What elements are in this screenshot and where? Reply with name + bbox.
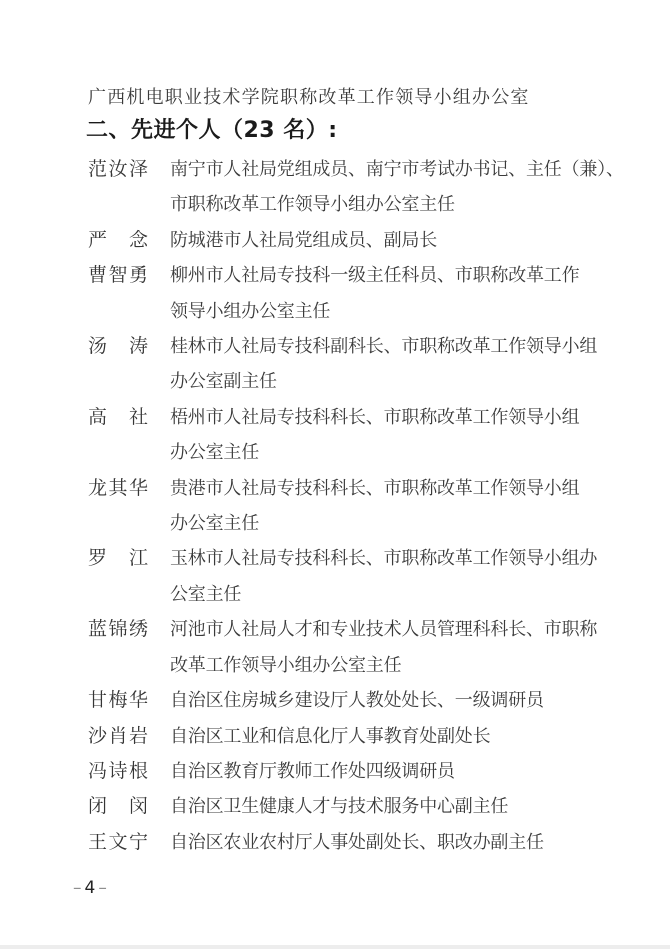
- person-name: 严 念: [88, 223, 170, 258]
- title-line: 南宁市人社局党组成员、南宁市考试办书记、主任（兼）、: [170, 152, 633, 187]
- list-item: 范汝泽 南宁市人社局党组成员、南宁市考试办书记、主任（兼）、 市职称改革工作领导…: [88, 152, 633, 223]
- person-title: 桂林市人社局专技科副科长、市职称改革工作领导小组 办公室副主任: [170, 329, 633, 400]
- list-item: 冯诗根 自治区教育厅教师工作处四级调研员: [88, 754, 633, 789]
- person-title: 柳州市人社局专技科一级主任科员、市职称改革工作 领导小组办公室主任: [170, 258, 633, 329]
- list-item: 曹智勇 柳州市人社局专技科一级主任科员、市职称改革工作 领导小组办公室主任: [88, 258, 633, 329]
- list-item: 罗 江 玉林市人社局专技科科长、市职称改革工作领导小组办 公室主任: [88, 541, 633, 612]
- person-name: 甘梅华: [88, 683, 170, 718]
- title-line: 市职称改革工作领导小组办公室主任: [170, 187, 633, 222]
- person-name: 王文宁: [88, 825, 170, 860]
- list-item: 严 念 防城港市人社局党组成员、副局长: [88, 223, 633, 258]
- person-title: 自治区工业和信息化厅人事教育处副处长: [170, 719, 633, 754]
- title-line: 领导小组办公室主任: [170, 294, 633, 329]
- person-title: 自治区卫生健康人才与技术服务中心副主任: [170, 789, 633, 824]
- person-title: 自治区住房城乡建设厅人教处处长、一级调研员: [170, 683, 633, 718]
- person-name: 冯诗根: [88, 754, 170, 789]
- title-line: 办公室副主任: [170, 364, 633, 399]
- list-item: 王文宁 自治区农业农村厅人事处副处长、职改办副主任: [88, 825, 633, 860]
- title-line: 自治区教育厅教师工作处四级调研员: [170, 754, 633, 789]
- title-line: 办公室主任: [170, 506, 633, 541]
- person-name: 龙其华: [88, 471, 170, 506]
- title-line: 自治区住房城乡建设厅人教处处长、一级调研员: [170, 683, 633, 718]
- person-name: 罗 江: [88, 541, 170, 576]
- list-item: 闭 闵 自治区卫生健康人才与技术服务中心副主任: [88, 789, 633, 824]
- institution-line: 广西机电职业技术学院职称改革工作领导小组办公室: [88, 83, 530, 109]
- person-name: 汤 涛: [88, 329, 170, 364]
- list-item: 甘梅华 自治区住房城乡建设厅人教处处长、一级调研员: [88, 683, 633, 718]
- person-name: 闭 闵: [88, 789, 170, 824]
- title-line: 柳州市人社局专技科一级主任科员、市职称改革工作: [170, 258, 633, 293]
- page-number-dash-right: –: [95, 878, 110, 898]
- awardee-list: 范汝泽 南宁市人社局党组成员、南宁市考试办书记、主任（兼）、 市职称改革工作领导…: [88, 152, 633, 860]
- person-name: 范汝泽: [88, 152, 170, 187]
- list-item: 蓝锦绣 河池市人社局人才和专业技术人员管理科科长、市职称 改革工作领导小组办公室…: [88, 612, 633, 683]
- title-line: 自治区农业农村厅人事处副处长、职改办副主任: [170, 825, 633, 860]
- person-title: 贵港市人社局专技科科长、市职称改革工作领导小组 办公室主任: [170, 471, 633, 542]
- person-name: 沙肖岩: [88, 719, 170, 754]
- title-line: 自治区工业和信息化厅人事教育处副处长: [170, 719, 633, 754]
- title-line: 公室主任: [170, 577, 633, 612]
- person-title: 玉林市人社局专技科科长、市职称改革工作领导小组办 公室主任: [170, 541, 633, 612]
- person-name: 高 社: [88, 400, 170, 435]
- document-page: 广西机电职业技术学院职称改革工作领导小组办公室 二、先进个人（23 名）: 范汝…: [0, 0, 670, 949]
- person-name: 曹智勇: [88, 258, 170, 293]
- person-title: 防城港市人社局党组成员、副局长: [170, 223, 633, 258]
- title-line: 河池市人社局人才和专业技术人员管理科科长、市职称: [170, 612, 633, 647]
- title-line: 梧州市人社局专技科科长、市职称改革工作领导小组: [170, 400, 633, 435]
- person-title: 梧州市人社局专技科科长、市职称改革工作领导小组 办公室主任: [170, 400, 633, 471]
- title-line: 防城港市人社局党组成员、副局长: [170, 223, 633, 258]
- title-line: 贵港市人社局专技科科长、市职称改革工作领导小组: [170, 471, 633, 506]
- person-title: 自治区农业农村厅人事处副处长、职改办副主任: [170, 825, 633, 860]
- list-item: 高 社 梧州市人社局专技科科长、市职称改革工作领导小组 办公室主任: [88, 400, 633, 471]
- page-number-value: 4: [85, 878, 96, 898]
- list-item: 龙其华 贵港市人社局专技科科长、市职称改革工作领导小组 办公室主任: [88, 471, 633, 542]
- list-item: 沙肖岩 自治区工业和信息化厅人事教育处副处长: [88, 719, 633, 754]
- section-heading: 二、先进个人（23 名）:: [86, 113, 338, 144]
- title-line: 玉林市人社局专技科科长、市职称改革工作领导小组办: [170, 541, 633, 576]
- title-line: 办公室主任: [170, 435, 633, 470]
- person-title: 自治区教育厅教师工作处四级调研员: [170, 754, 633, 789]
- title-line: 自治区卫生健康人才与技术服务中心副主任: [170, 789, 633, 824]
- scan-edge: [0, 945, 670, 949]
- list-item: 汤 涛 桂林市人社局专技科副科长、市职称改革工作领导小组 办公室副主任: [88, 329, 633, 400]
- person-name: 蓝锦绣: [88, 612, 170, 647]
- page-number: –4–: [70, 877, 110, 899]
- page-number-dash-left: –: [70, 878, 85, 898]
- title-line: 桂林市人社局专技科副科长、市职称改革工作领导小组: [170, 329, 633, 364]
- person-title: 河池市人社局人才和专业技术人员管理科科长、市职称 改革工作领导小组办公室主任: [170, 612, 633, 683]
- title-line: 改革工作领导小组办公室主任: [170, 648, 633, 683]
- person-title: 南宁市人社局党组成员、南宁市考试办书记、主任（兼）、 市职称改革工作领导小组办公…: [170, 152, 633, 223]
